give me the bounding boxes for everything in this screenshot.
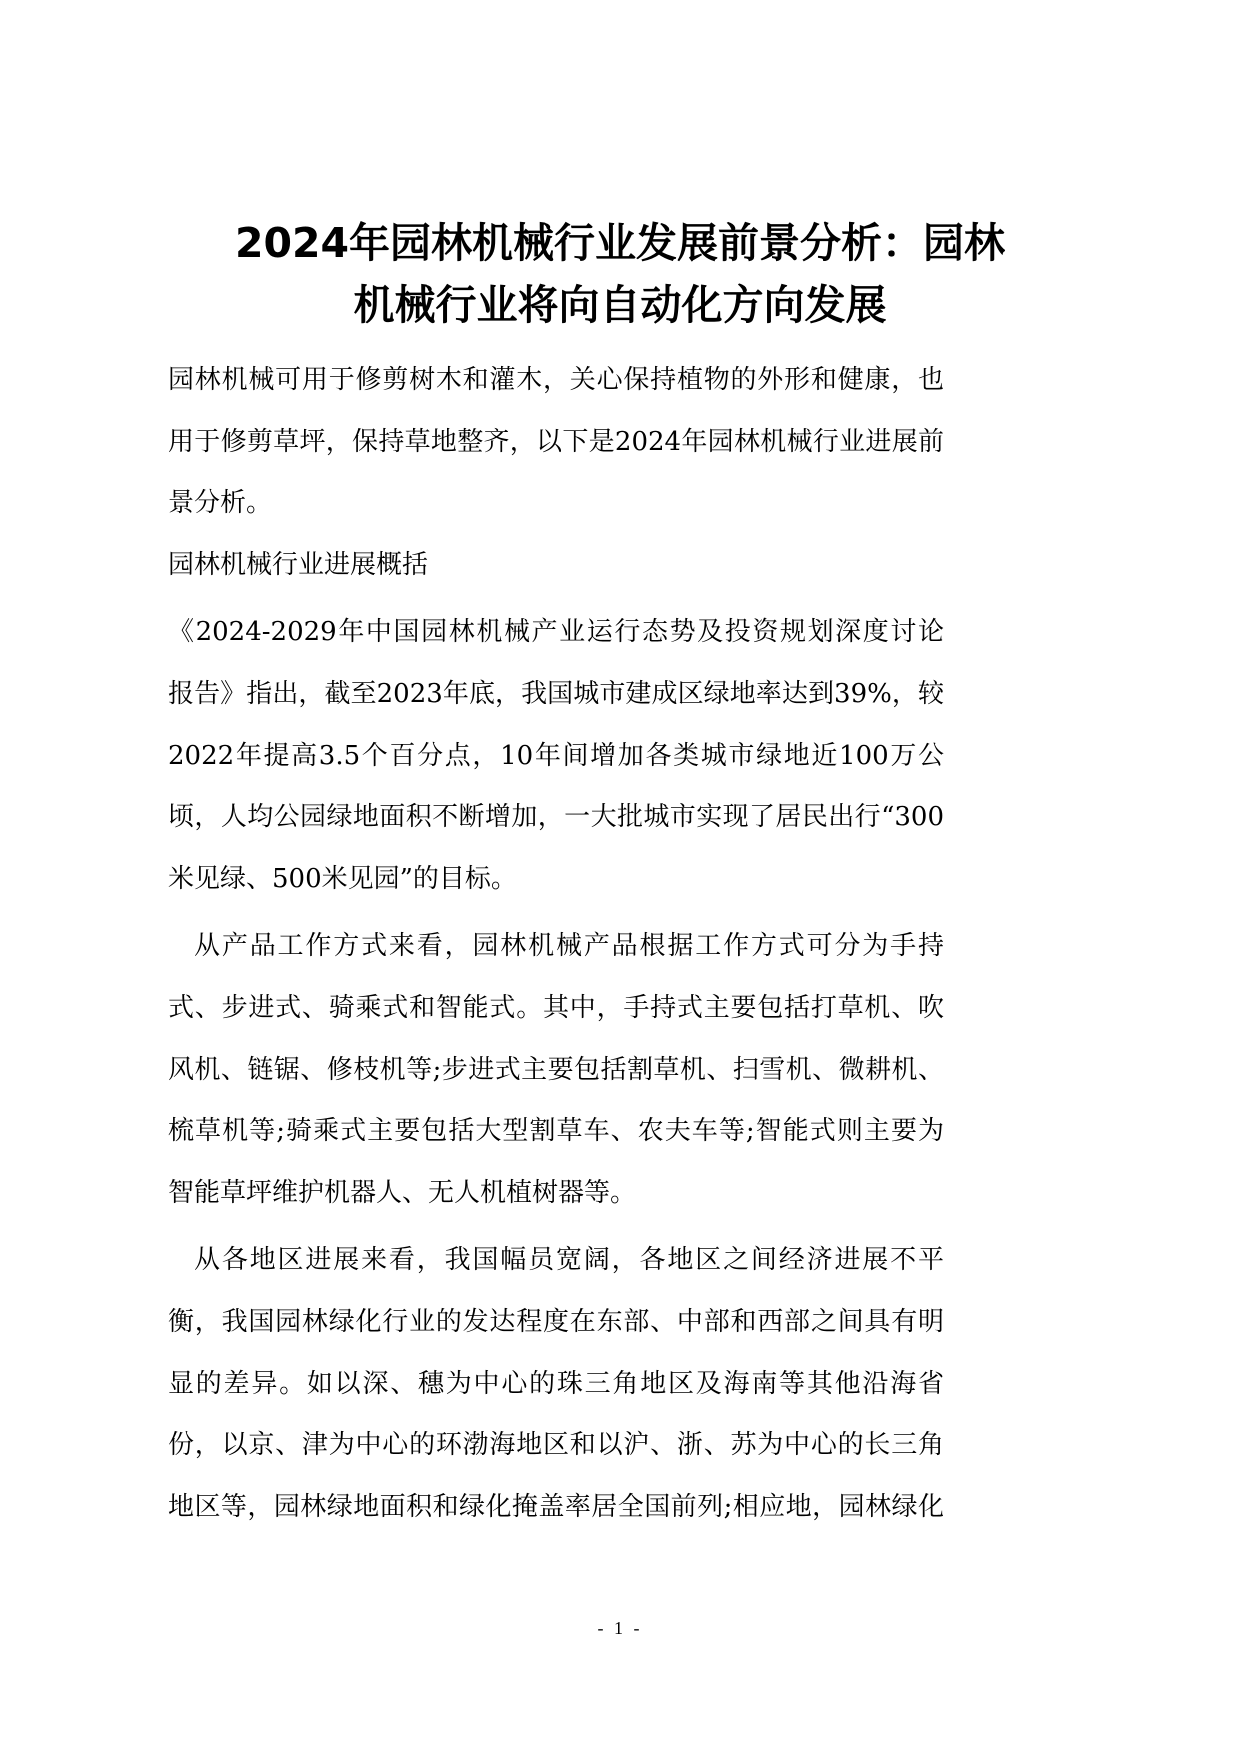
text-line: 顷，人均公园绿地面积不断增加，一大批城市实现了居民出行“300: [168, 787, 944, 849]
text-line: 衡，我国园林绿化行业的发达程度在东部、中部和西部之间具有明: [168, 1292, 944, 1354]
text-line: 智能草坪维护机器人、无人机植树器等。: [168, 1163, 944, 1225]
text-line: 梳草机等;骑乘式主要包括大型割草车、农夫车等;智能式则主要为: [168, 1101, 944, 1163]
title-line-1: 2024年园林机械行业发展前景分析：园林: [150, 203, 1090, 265]
text-line: 地区等，园林绿地面积和绿化掩盖率居全国前列;相应地，园林绿化: [168, 1477, 944, 1539]
text-line: 景分析。: [168, 473, 944, 535]
section-heading: 园林机械行业进展概括: [168, 535, 944, 597]
paragraph-report: 《2024-2029年中国园林机械产业运行态势及投资规划深度讨论 报告》指出，截…: [168, 602, 944, 910]
text-line: 米见绿、500米见园”的目标。: [168, 849, 944, 911]
text-line: 园林机械可用于修剪树木和灌木，关心保持植物的外形和健康，也: [168, 350, 944, 412]
text-line: 用于修剪草坪，保持草地整齐，以下是2024年园林机械行业进展前: [168, 412, 944, 474]
text-line: 报告》指出，截至2023年底，我国城市建成区绿地率达到39%，较: [168, 664, 944, 726]
page-number: - 1 -: [0, 1618, 1240, 1639]
text-line: 份，以京、津为中心的环渤海地区和以沪、浙、苏为中心的长三角: [168, 1415, 944, 1477]
title-line-2: 机械行业将向自动化方向发展: [150, 265, 1090, 327]
text-line: 2022年提高3.5个百分点，10年间增加各类城市绿地近100万公: [168, 726, 944, 788]
section-heading-overview: 园林机械行业进展概括: [168, 535, 944, 597]
text-line: 显的差异。如以深、穗为中心的珠三角地区及海南等其他沿海省: [168, 1354, 944, 1416]
text-line: 从各地区进展来看，我国幅员宽阔，各地区之间经济进展不平: [168, 1230, 944, 1292]
paragraph-regions: 从各地区进展来看，我国幅员宽阔，各地区之间经济进展不平 衡，我国园林绿化行业的发…: [168, 1230, 944, 1538]
text-line: 从产品工作方式来看，园林机械产品根据工作方式可分为手持: [168, 916, 944, 978]
text-line: 风机、链锯、修枝机等;步进式主要包括割草机、扫雪机、微耕机、: [168, 1040, 944, 1102]
paragraph-intro: 园林机械可用于修剪树木和灌木，关心保持植物的外形和健康，也 用于修剪草坪，保持草…: [168, 350, 944, 535]
paragraph-product-types: 从产品工作方式来看，园林机械产品根据工作方式可分为手持 式、步进式、骑乘式和智能…: [168, 916, 944, 1224]
text-line: 《2024-2029年中国园林机械产业运行态势及投资规划深度讨论: [168, 602, 944, 664]
text-line: 式、步进式、骑乘式和智能式。其中，手持式主要包括打草机、吹: [168, 978, 944, 1040]
document-body: 园林机械可用于修剪树木和灌木，关心保持植物的外形和健康，也 用于修剪草坪，保持草…: [168, 350, 944, 1538]
document-page: 2024年园林机械行业发展前景分析：园林 机械行业将向自动化方向发展 园林机械可…: [0, 0, 1240, 1753]
document-title: 2024年园林机械行业发展前景分析：园林 机械行业将向自动化方向发展: [150, 203, 1090, 326]
